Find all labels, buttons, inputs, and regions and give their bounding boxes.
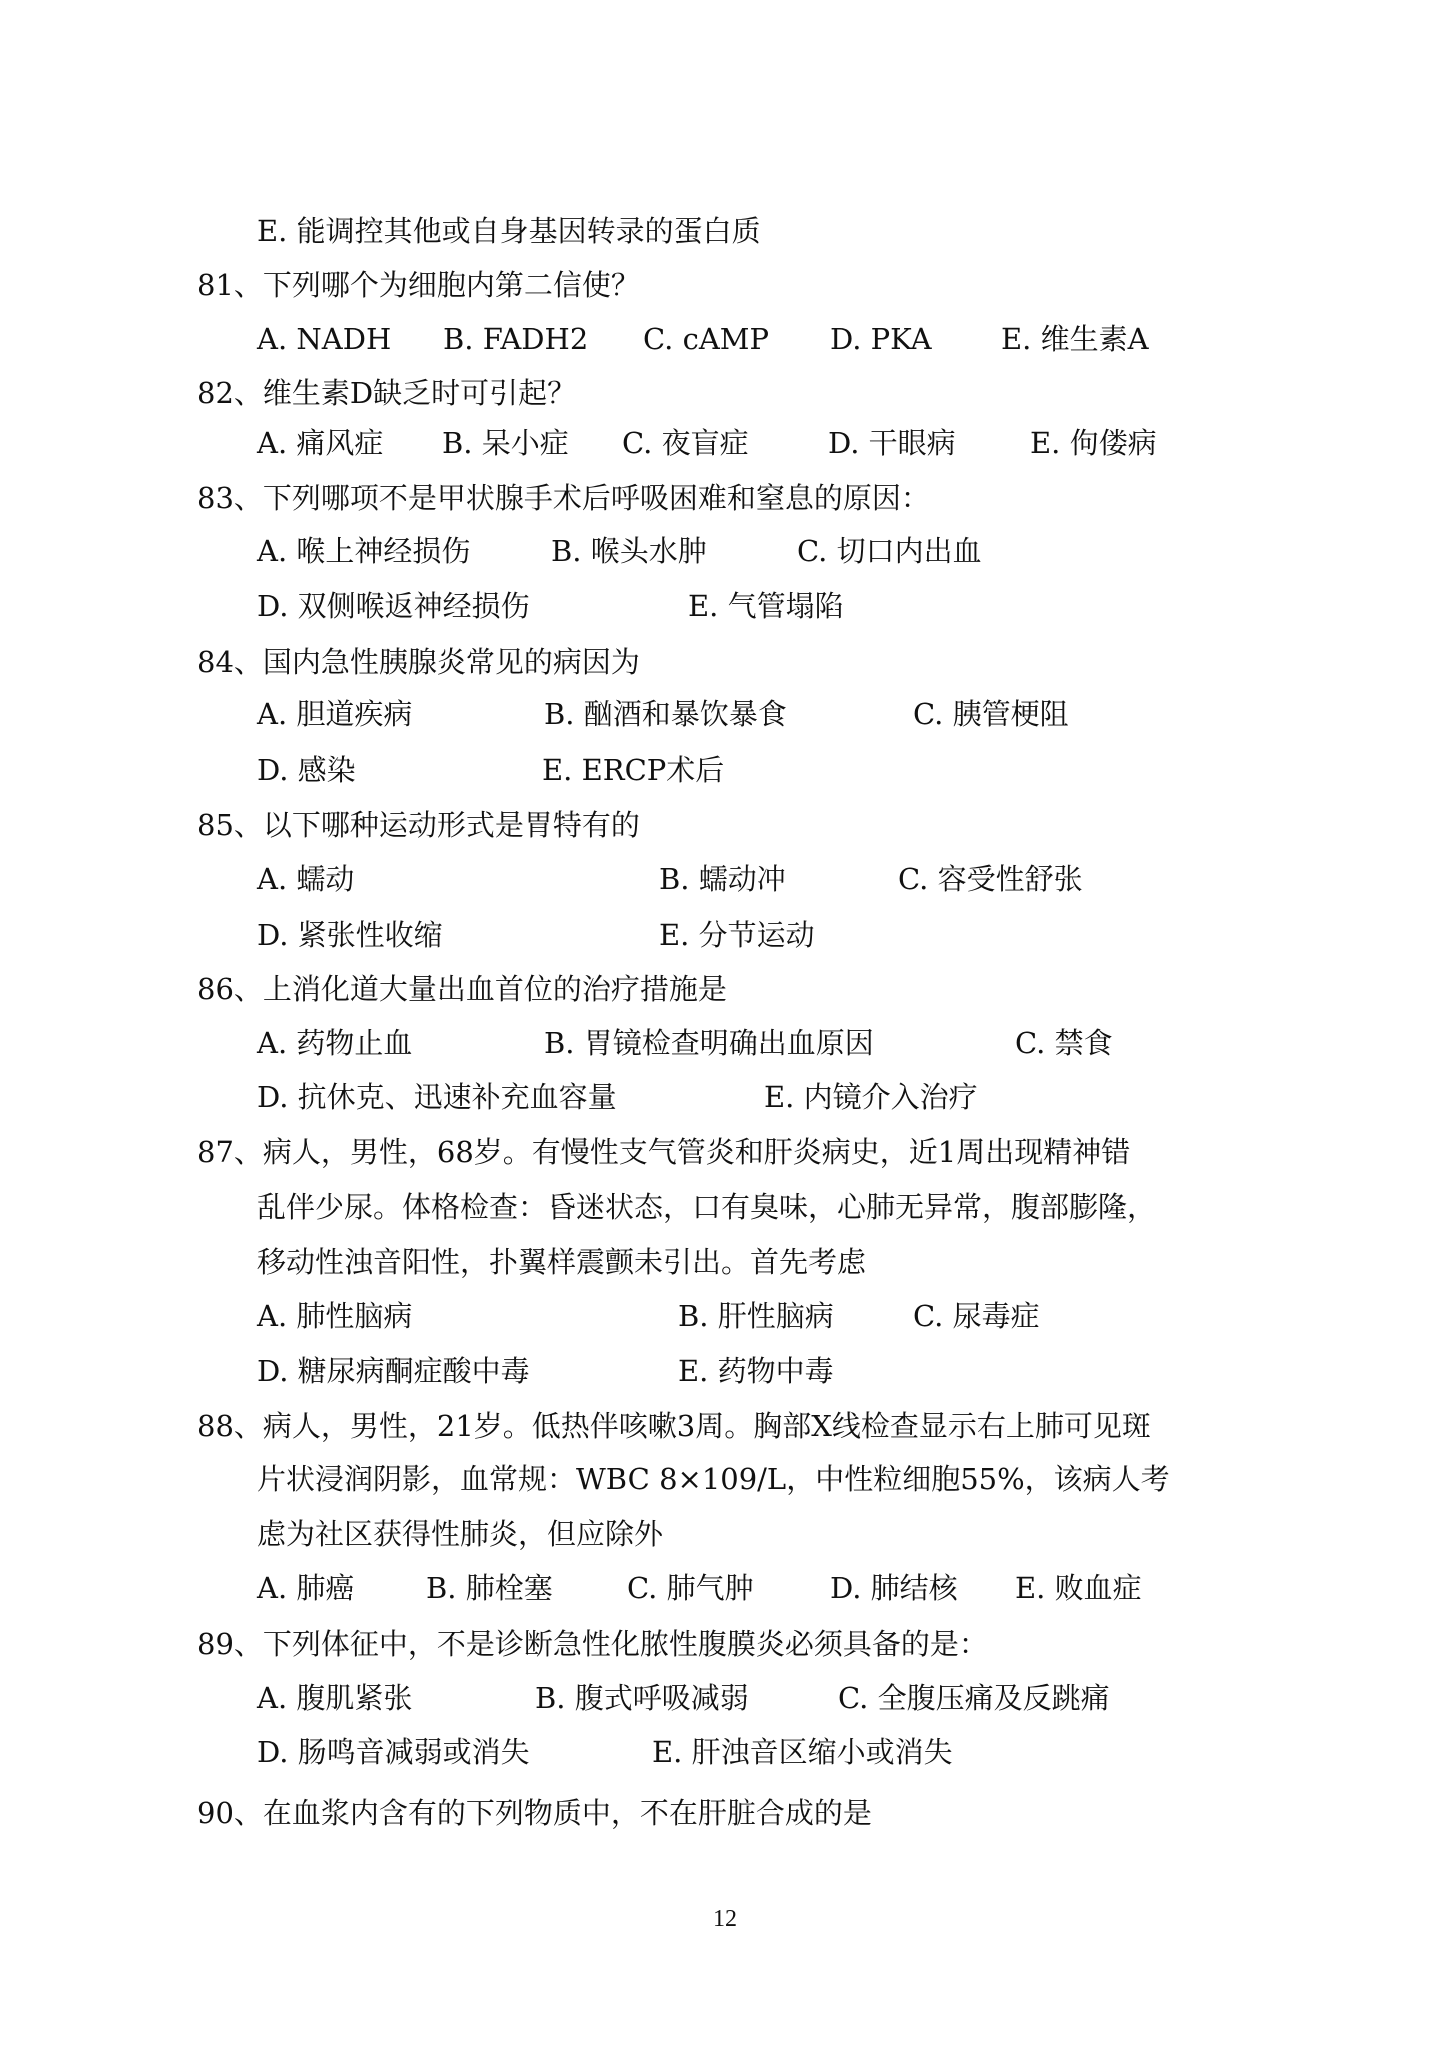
answer-option: E. 能调控其他或自身基因转录的蛋白质	[257, 211, 761, 251]
text-line: D. 抗休克、迅速补充血容量E. 内镜介入治疗	[0, 1077, 1450, 1117]
question-stem: 81、下列哪个为细胞内第二信使？	[197, 265, 640, 305]
answer-option: E. 佝偻病	[1030, 423, 1157, 463]
text-line: A. 肺性脑病B. 肝性脑病C. 尿毒症	[0, 1296, 1450, 1336]
answer-option: C. 夜盲症	[622, 423, 749, 463]
answer-option: B. 蠕动冲	[659, 859, 786, 899]
answer-option: D. 抗休克、迅速补充血容量	[257, 1077, 617, 1117]
answer-option: C. 容受性舒张	[898, 859, 1083, 899]
answer-option: E. 内镜介入治疗	[764, 1077, 978, 1117]
text-line: 84、国内急性胰腺炎常见的病因为	[0, 642, 1450, 682]
question-stem: 82、维生素D缺乏时可引起？	[197, 373, 576, 413]
answer-option: B. 酗酒和暴饮暴食	[544, 694, 787, 734]
text-line: 虑为社区获得性肺炎，但应除外	[0, 1514, 1450, 1554]
text-line: D. 紧张性收缩E. 分节运动	[0, 915, 1450, 955]
answer-option: D. 双侧喉返神经损伤	[257, 586, 530, 626]
answer-option: D. PKA	[830, 319, 932, 359]
text-continuation: 移动性浊音阳性，扑翼样震颤未引出。首先考虑	[257, 1242, 866, 1282]
answer-option: E. ERCP术后	[542, 750, 724, 790]
text-line: 82、维生素D缺乏时可引起？	[0, 373, 1450, 413]
text-line: D. 感染E. ERCP术后	[0, 750, 1450, 790]
answer-option: D. 肺结核	[830, 1568, 958, 1608]
answer-option: A. 腹肌紧张	[257, 1678, 412, 1718]
answer-option: A. 肺癌	[257, 1568, 354, 1608]
text-line: A. 肺癌B. 肺栓塞C. 肺气肿D. 肺结核E. 败血症	[0, 1568, 1450, 1608]
text-line: A. 蠕动B. 蠕动冲C. 容受性舒张	[0, 859, 1450, 899]
answer-option: E. 药物中毒	[678, 1351, 834, 1391]
question-stem: 89、下列体征中，不是诊断急性化脓性腹膜炎必须具备的是：	[197, 1624, 988, 1664]
text-line: 88、病人，男性，21岁。低热伴咳嗽3周。胸部X线检查显示右上肺可见斑	[0, 1406, 1450, 1446]
text-line: E. 能调控其他或自身基因转录的蛋白质	[0, 211, 1450, 251]
answer-option: B. 肺栓塞	[426, 1568, 553, 1608]
text-line: 87、病人，男性，68岁。有慢性支气管炎和肝炎病史，近1周出现精神错	[0, 1132, 1450, 1172]
answer-option: A. 痛风症	[257, 423, 383, 463]
answer-option: B. 喉头水肿	[551, 531, 707, 571]
answer-option: C. 肺气肿	[627, 1568, 754, 1608]
question-stem: 86、上消化道大量出血首位的治疗措施是	[197, 969, 727, 1009]
text-line: 乱伴少尿。体格检查：昏迷状态，口有臭味，心肺无异常，腹部膨隆，	[0, 1187, 1450, 1227]
answer-option: C. 尿毒症	[913, 1296, 1040, 1336]
answer-option: D. 干眼病	[828, 423, 956, 463]
answer-option: B. 腹式呼吸减弱	[535, 1678, 749, 1718]
text-line: 81、下列哪个为细胞内第二信使？	[0, 265, 1450, 305]
text-line: 89、下列体征中，不是诊断急性化脓性腹膜炎必须具备的是：	[0, 1624, 1450, 1664]
text-line: 86、上消化道大量出血首位的治疗措施是	[0, 969, 1450, 1009]
text-line: A. 痛风症B. 呆小症C. 夜盲症D. 干眼病E. 佝偻病	[0, 423, 1450, 463]
answer-option: E. 气管塌陷	[688, 586, 844, 626]
question-stem: 83、下列哪项不是甲状腺手术后呼吸困难和窒息的原因：	[197, 478, 930, 518]
text-line: 片状浸润阴影，血常规：WBC 8×109/L，中性粒细胞55%，该病人考	[0, 1459, 1450, 1499]
question-stem: 87、病人，男性，68岁。有慢性支气管炎和肝炎病史，近1周出现精神错	[197, 1132, 1130, 1172]
text-line: A. 胆道疾病B. 酗酒和暴饮暴食C. 胰管梗阻	[0, 694, 1450, 734]
answer-option: A. NADH	[257, 319, 391, 359]
text-line: A. 药物止血B. 胃镜检查明确出血原因C. 禁食	[0, 1023, 1450, 1063]
question-stem: 90、在血浆内含有的下列物质中，不在肝脏合成的是	[197, 1793, 872, 1833]
text-line: 移动性浊音阳性，扑翼样震颤未引出。首先考虑	[0, 1242, 1450, 1282]
text-continuation: 虑为社区获得性肺炎，但应除外	[257, 1514, 663, 1554]
answer-option: B. 胃镜检查明确出血原因	[544, 1023, 874, 1063]
answer-option: E. 分节运动	[659, 915, 815, 955]
answer-option: A. 蠕动	[257, 859, 354, 899]
answer-option: C. 全腹压痛及反跳痛	[838, 1678, 1110, 1718]
text-line: A. 腹肌紧张B. 腹式呼吸减弱C. 全腹压痛及反跳痛	[0, 1678, 1450, 1718]
text-continuation: 乱伴少尿。体格检查：昏迷状态，口有臭味，心肺无异常，腹部膨隆，	[257, 1187, 1156, 1227]
answer-option: C. 胰管梗阻	[913, 694, 1069, 734]
text-line: 90、在血浆内含有的下列物质中，不在肝脏合成的是	[0, 1793, 1450, 1833]
question-stem: 85、以下哪种运动形式是胃特有的	[197, 805, 640, 845]
question-stem: 88、病人，男性，21岁。低热伴咳嗽3周。胸部X线检查显示右上肺可见斑	[197, 1406, 1151, 1446]
answer-option: D. 糖尿病酮症酸中毒	[257, 1351, 530, 1391]
answer-option: B. 肝性脑病	[678, 1296, 834, 1336]
text-line: D. 双侧喉返神经损伤E. 气管塌陷	[0, 586, 1450, 626]
text-line: A. 喉上神经损伤B. 喉头水肿C. 切口内出血	[0, 531, 1450, 571]
page-number: 12	[0, 1906, 1450, 1933]
answer-option: A. 药物止血	[257, 1023, 412, 1063]
answer-option: C. 切口内出血	[797, 531, 982, 571]
text-continuation: 片状浸润阴影，血常规：WBC 8×109/L，中性粒细胞55%，该病人考	[257, 1459, 1170, 1499]
text-line: 85、以下哪种运动形式是胃特有的	[0, 805, 1450, 845]
text-line: D. 糖尿病酮症酸中毒E. 药物中毒	[0, 1351, 1450, 1391]
answer-option: A. 肺性脑病	[257, 1296, 412, 1336]
answer-option: D. 紧张性收缩	[257, 915, 443, 955]
answer-option: B. 呆小症	[442, 423, 569, 463]
document-page: E. 能调控其他或自身基因转录的蛋白质81、下列哪个为细胞内第二信使？A. NA…	[0, 0, 1450, 2048]
answer-option: B. FADH2	[443, 319, 588, 359]
answer-option: C. 禁食	[1015, 1023, 1113, 1063]
answer-option: E. 维生素A	[1001, 319, 1149, 359]
answer-option: A. 喉上神经损伤	[257, 531, 470, 571]
text-line: 83、下列哪项不是甲状腺手术后呼吸困难和窒息的原因：	[0, 478, 1450, 518]
text-line: D. 肠鸣音减弱或消失E. 肝浊音区缩小或消失	[0, 1732, 1450, 1772]
text-line: A. NADHB. FADH2C. cAMPD. PKAE. 维生素A	[0, 319, 1450, 359]
question-stem: 84、国内急性胰腺炎常见的病因为	[197, 642, 640, 682]
answer-option: E. 肝浊音区缩小或消失	[652, 1732, 953, 1772]
answer-option: C. cAMP	[643, 319, 769, 359]
answer-option: E. 败血症	[1015, 1568, 1142, 1608]
answer-option: A. 胆道疾病	[257, 694, 412, 734]
answer-option: D. 感染	[257, 750, 356, 790]
answer-option: D. 肠鸣音减弱或消失	[257, 1732, 530, 1772]
